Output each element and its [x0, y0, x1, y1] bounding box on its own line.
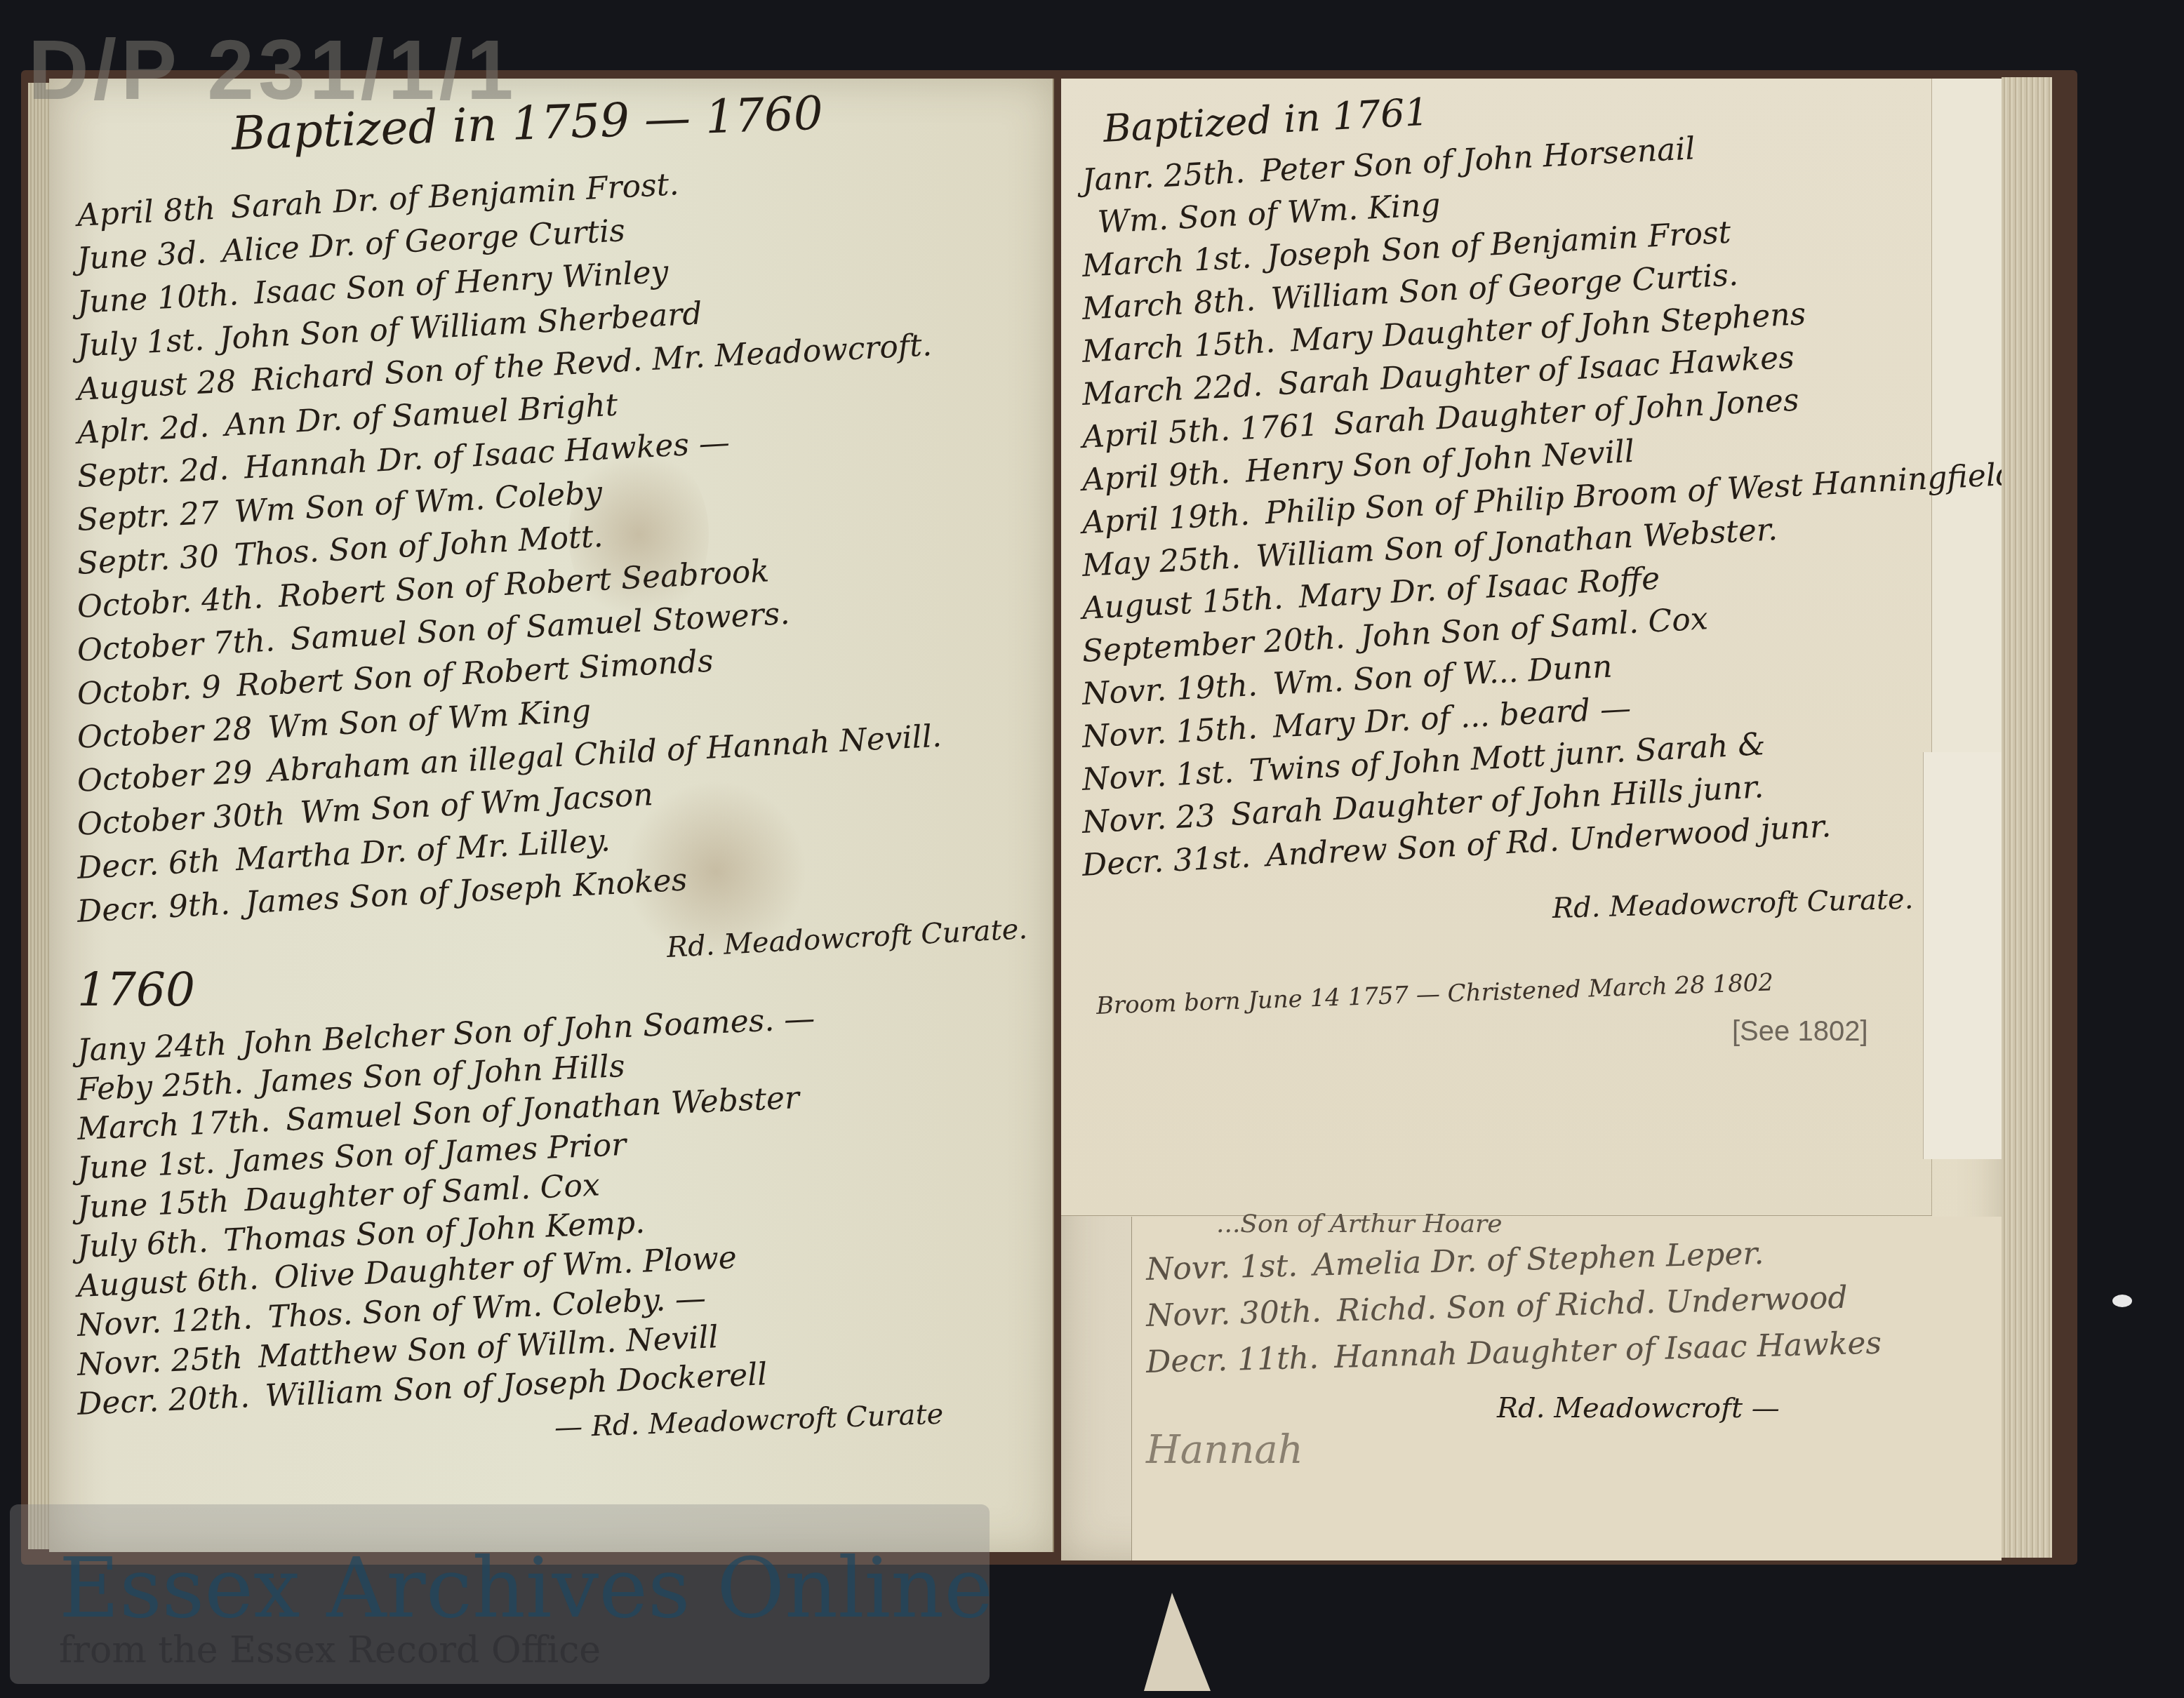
- entry-text: Richd. Son of Richd. Underwood: [1336, 1280, 1848, 1329]
- entry-date: Decr. 20th.: [76, 1379, 251, 1422]
- torn-paper-fragment: [1144, 1593, 1211, 1691]
- entry-date: Novr. 25th: [76, 1340, 244, 1383]
- lower-pasted-slip: ...Son of Arthur Hoare Novr. 1st.Amelia …: [1131, 1217, 2002, 1560]
- faded-name: Hannah: [1146, 1427, 1303, 1473]
- page-fore-edge: [2002, 77, 2052, 1558]
- watermark: Essex Archives Online from the Essex Rec…: [10, 1504, 990, 1684]
- entry-date: June 3d.: [76, 234, 208, 277]
- entry-date: October 29: [76, 754, 253, 799]
- left-page: Baptized in 1759 — 1760 April 8thSarah D…: [49, 79, 1054, 1552]
- entry-date: August 28: [76, 363, 237, 408]
- entry-date: April 8th: [76, 191, 217, 234]
- entry-date: Septr. 30: [76, 538, 220, 582]
- entry-date: Novr. 1st.: [1145, 1248, 1298, 1288]
- entry-date: Decr. 6th: [76, 843, 222, 886]
- left-page-edge: [28, 83, 52, 1549]
- entry-date: July 1st.: [76, 322, 206, 364]
- curate-signature: — Rd. Meadowcroft Curate: [554, 1398, 944, 1444]
- entry-date: Decr. 11th.: [1145, 1340, 1319, 1380]
- entry-text: Hannah Daughter of Isaac Hawkes: [1333, 1325, 1882, 1375]
- entry-date: Feby 25th.: [76, 1065, 244, 1108]
- right-page: Baptized in 1761 Janr. 25th.Peter Son of…: [1061, 79, 2002, 1560]
- entry-date: Aplr. 2d.: [76, 408, 211, 451]
- cut-off-entry: ...Son of Arthur Hoare: [1216, 1210, 1502, 1238]
- entry-date: June 1st.: [76, 1144, 216, 1186]
- register-entry: Novr. 30th.Richd. Son of Richd. Underwoo…: [1145, 1280, 1848, 1334]
- entry-date: Decr. 9th.: [76, 886, 232, 930]
- paper-repair-strip: [1923, 752, 2002, 1159]
- entry-date: Octobr. 4th.: [76, 580, 265, 625]
- entry-text: Amelia Dr. of Stephen Leper.: [1313, 1236, 1765, 1283]
- reference-stamp: D/P 231/1/1: [28, 28, 518, 112]
- entry-date: June 15th: [76, 1184, 229, 1226]
- year-heading: 1760: [77, 963, 195, 1017]
- entry-date: Novr. 23: [1081, 798, 1216, 841]
- entry-date: Octobr. 9: [76, 669, 222, 712]
- entry-date: October 30th: [76, 796, 286, 843]
- register-entry: Decr. 11th.Hannah Daughter of Isaac Hawk…: [1145, 1325, 1882, 1380]
- entry-date: Novr. 12th.: [76, 1300, 253, 1344]
- register-entry: Novr. 1st.Amelia Dr. of Stephen Leper.: [1145, 1236, 1764, 1288]
- pin-head: [2112, 1295, 2132, 1307]
- entry-date: July 6th.: [76, 1224, 209, 1265]
- see-1802-note: [See 1802]: [1732, 1016, 1868, 1048]
- entry-date: March 17th.: [76, 1103, 271, 1147]
- watermark-subtitle: from the Essex Record Office: [59, 1632, 601, 1669]
- entry-date: Septr. 27: [76, 495, 220, 538]
- paper-repair-strip: [1931, 79, 2002, 752]
- curate-signature: Rd. Meadowcroft —: [1497, 1392, 1780, 1424]
- entry-date: June 10th.: [76, 276, 240, 321]
- entry-date: Novr. 30th.: [1145, 1293, 1321, 1334]
- entry-date: August 6th.: [76, 1261, 260, 1304]
- entry-text: Wm Son of Wm King: [267, 693, 592, 746]
- entry-date: October 28: [76, 711, 253, 756]
- entry-date: October 7th.: [76, 622, 276, 669]
- entry-date: Septr. 2d.: [76, 451, 230, 495]
- entry-date: Jany 24th: [76, 1027, 227, 1069]
- watermark-title: Essex Archives Online: [59, 1546, 993, 1629]
